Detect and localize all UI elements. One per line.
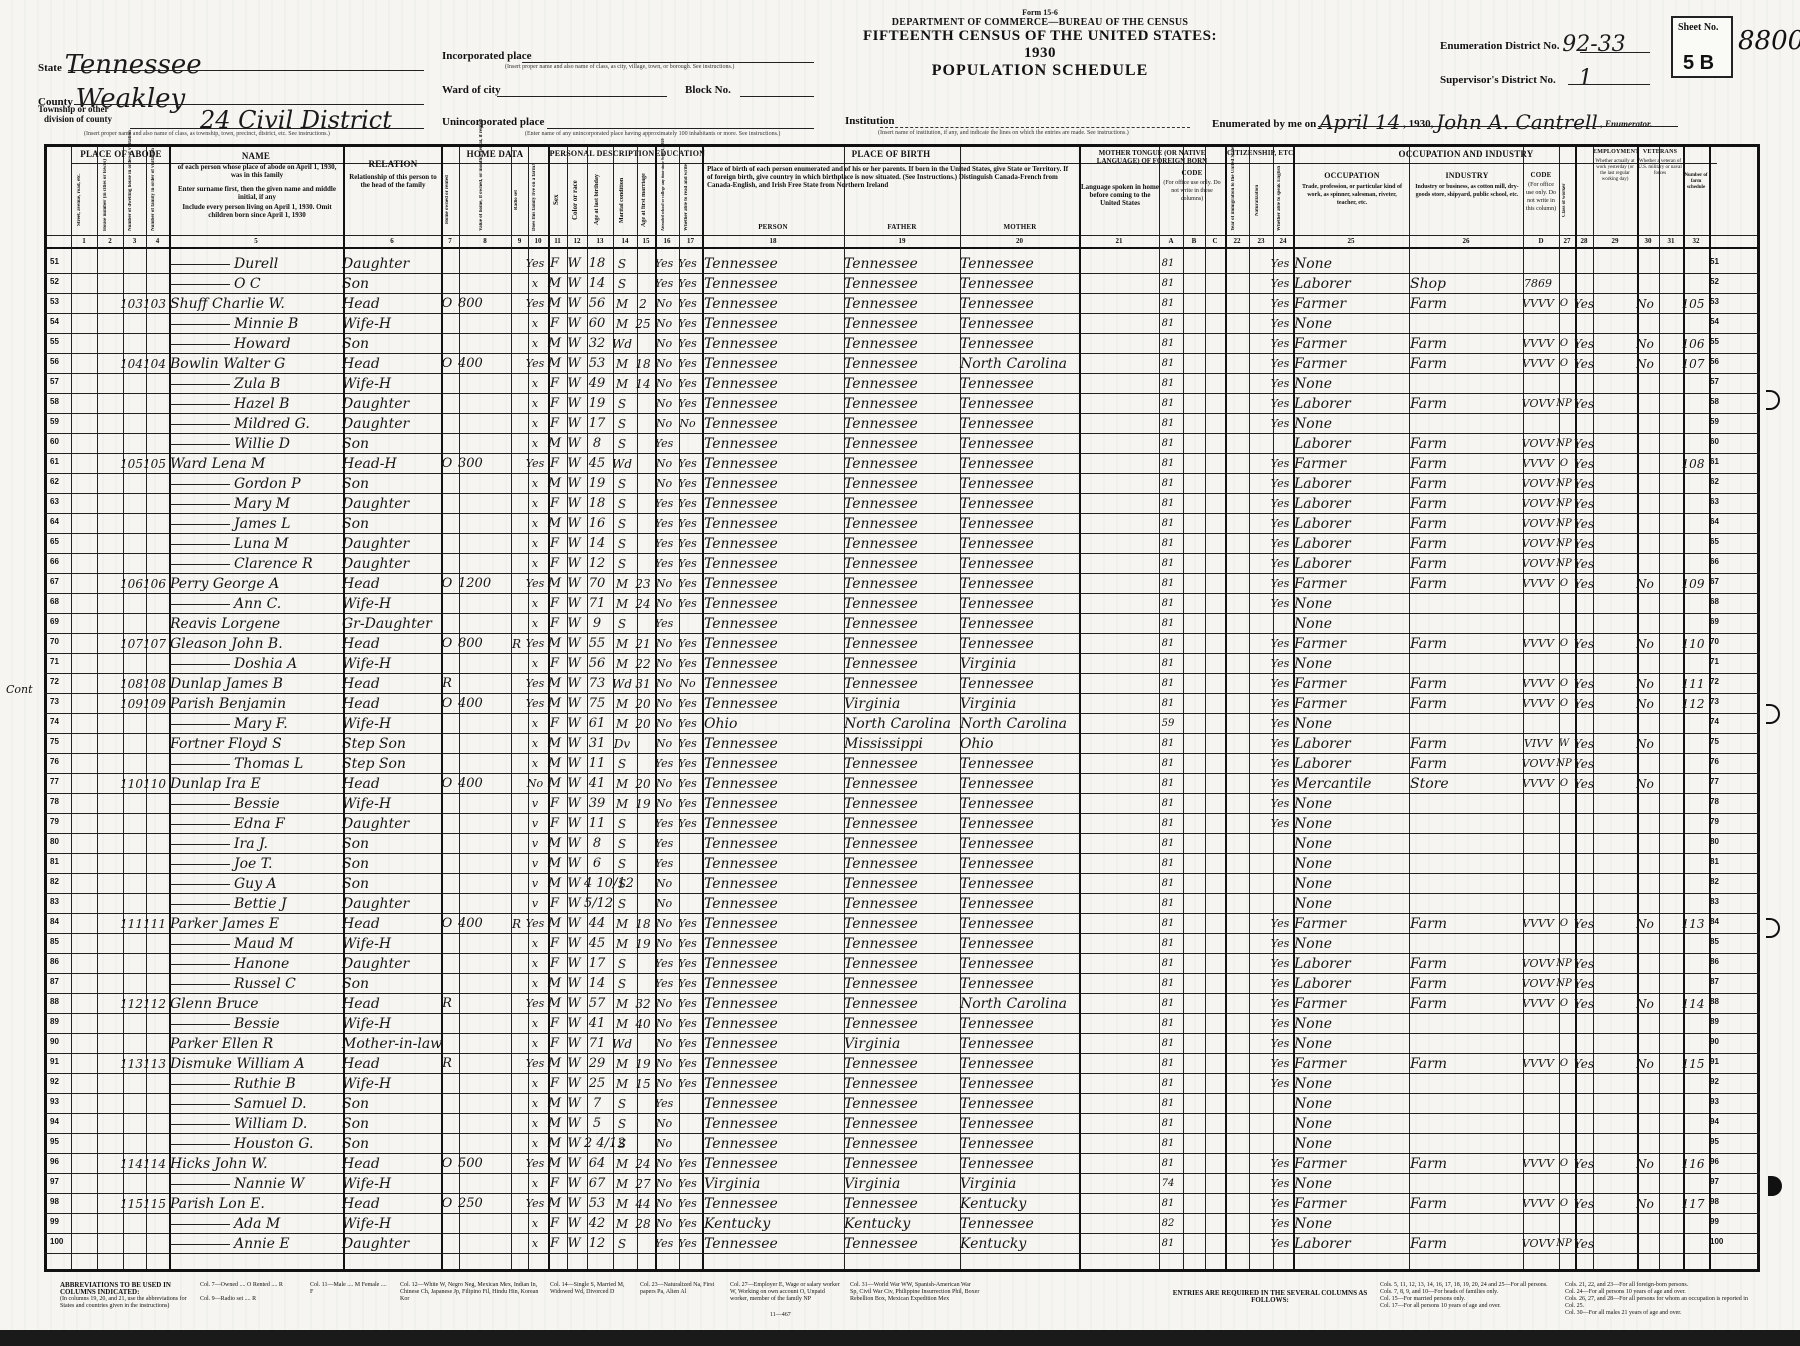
cell-vet (1634, 274, 1656, 294)
cell-dw (120, 1134, 143, 1154)
cell-ind: Farm (1410, 354, 1520, 374)
cell-farm: x (525, 314, 545, 334)
cell-radio (508, 414, 525, 434)
cell-race: W (564, 1194, 584, 1214)
person-name: Mary M (170, 494, 340, 514)
cell-val: 800 (458, 294, 508, 314)
cell-cls: NP (1556, 954, 1572, 974)
cell-rw: Yes (676, 554, 699, 574)
cell-age: 64 (584, 1154, 610, 1174)
given-name: Lena M (212, 456, 266, 472)
surname: Parker (170, 1036, 217, 1052)
cell-val (458, 314, 508, 334)
cell-radio (508, 314, 525, 334)
cell-race: W (564, 974, 584, 994)
cell-sch: Yes (652, 494, 676, 514)
cell-eng: Yes (1270, 1014, 1290, 1034)
cell-fbp: Tennessee (844, 274, 957, 294)
person-name: Howard (170, 334, 340, 354)
cell-own (438, 1014, 456, 1034)
cell-radio: R (508, 634, 525, 654)
cell-rw: Yes (676, 1174, 699, 1194)
cell-sch: No (652, 654, 676, 674)
cell-fam (143, 534, 166, 554)
cell-bp: Tennessee (704, 1034, 841, 1054)
cell-bp: Tennessee (704, 574, 841, 594)
cell-occ: None (1294, 1114, 1406, 1134)
cell-bp: Kentucky (704, 1214, 841, 1234)
cell-fam: 107 (143, 634, 166, 654)
cell-codeD (1520, 894, 1556, 914)
cell-fam (143, 934, 166, 954)
line-number: 66 (50, 557, 59, 566)
given-name: Ruthie B (234, 1076, 296, 1092)
cell-vet (1634, 834, 1656, 854)
cell-rel: Head (342, 774, 438, 794)
cell-dw: 112 (120, 994, 143, 1014)
ditto-dash (170, 284, 230, 285)
cell-emp: Yes (1572, 1194, 1596, 1214)
table-row: 6868Ann C.Wife-HxFW71M24NoYesTennesseeTe… (44, 594, 1760, 614)
cell-codeD (1520, 654, 1556, 674)
cell-bp: Tennessee (704, 1154, 841, 1174)
cell-vet (1634, 1014, 1656, 1034)
cell-codeA: 81 (1156, 994, 1180, 1014)
cell-bp: Tennessee (704, 894, 841, 914)
cell-sex: M (545, 514, 564, 534)
surname: Dunlap (170, 676, 221, 692)
cell-eng: Yes (1270, 374, 1290, 394)
township-field: Township or other division of county (38, 104, 112, 124)
cell-mbp: Tennessee (960, 594, 1076, 614)
cell-eng: Yes (1270, 334, 1290, 354)
person-name: Annie E (170, 1234, 340, 1254)
table-row: 9090Parker Ellen RMother-in-lawxFW71WdNo… (44, 1034, 1760, 1054)
cell-mar: M (610, 354, 634, 374)
cell-fbp: Tennessee (844, 634, 957, 654)
supervisor-district-field: Supervisor's District No. 1 (1440, 64, 1593, 89)
cell-vet (1634, 714, 1656, 734)
cell-val: 800 (458, 634, 508, 654)
cell-eng: Yes (1270, 574, 1290, 594)
cell-fam: 106 (143, 574, 166, 594)
cell-radio (508, 1074, 525, 1094)
cell-sex: M (545, 834, 564, 854)
cell-cls: NP (1556, 494, 1572, 514)
cell-dw (120, 434, 143, 454)
cell-radio (508, 1094, 525, 1114)
cell-emp (1572, 274, 1596, 294)
cell-val (458, 494, 508, 514)
cell-bp: Ohio (704, 714, 841, 734)
cell-mbp: Virginia (960, 654, 1076, 674)
table-row: 9696Hicks John W.114114HeadO500YesMW64M2… (44, 1154, 1760, 1174)
given-name: Nannie W (234, 1176, 304, 1192)
cell-fam: 104 (143, 354, 166, 374)
table-row: 7272Dunlap James B108108HeadRYesMW73Wd31… (44, 674, 1760, 694)
cell-race: W (564, 1214, 584, 1234)
cell-rel: Gr-Daughter (342, 614, 438, 634)
cell-fam (143, 1034, 166, 1054)
cell-mbp: Tennessee (960, 974, 1076, 994)
cell-race: W (564, 514, 584, 534)
cell-cls: NP (1556, 1234, 1572, 1254)
cell-codeA: 81 (1156, 374, 1180, 394)
surname: Shuff (170, 296, 208, 312)
cell-dw (120, 614, 143, 634)
cell-fam (143, 514, 166, 534)
cell-occ: Farmer (1294, 354, 1406, 374)
person-name: Ann C. (170, 594, 340, 614)
cell-sex: M (545, 574, 564, 594)
cell-bp: Tennessee (704, 734, 841, 754)
cell-eng: Yes (1270, 714, 1290, 734)
cell-farm: x (525, 1174, 545, 1194)
cell-mbp: Tennessee (960, 774, 1076, 794)
cell-emp (1572, 1214, 1596, 1234)
line-number-right: 86 (1710, 957, 1719, 966)
cell-race: W (564, 754, 584, 774)
person-name: Willie D (170, 434, 340, 454)
cell-mbp: Tennessee (960, 854, 1076, 874)
person-name: Ward Lena M (170, 454, 340, 474)
cell-ind: Farm (1410, 534, 1520, 554)
cell-rel: Daughter (342, 954, 438, 974)
cell-fbp: Tennessee (844, 814, 957, 834)
cell-fam (143, 954, 166, 974)
person-name: Dunlap James B (170, 674, 340, 694)
cell-ind: Farm (1410, 914, 1520, 934)
cell-sex: M (545, 274, 564, 294)
cell-ind (1410, 1134, 1520, 1154)
cell-farm: x (525, 1094, 545, 1114)
given-name: Bettie J (234, 896, 287, 912)
cell-sch: Yes (652, 274, 676, 294)
cell-race: W (564, 1154, 584, 1174)
given-name: Howard (234, 336, 291, 352)
cell-sex: F (545, 894, 564, 914)
cell-fbp: Tennessee (844, 514, 957, 534)
cell-bp: Virginia (704, 1174, 841, 1194)
cell-race: W (564, 274, 584, 294)
cell-radio (508, 514, 525, 534)
cell-farm: No (525, 774, 545, 794)
person-name: Russel C (170, 974, 340, 994)
cell-mar: S (610, 554, 634, 574)
cell-ind (1410, 594, 1520, 614)
cell-farm: x (525, 274, 545, 294)
given-name: Ellen R (222, 1036, 273, 1052)
cell-radio (508, 954, 525, 974)
cell-emp: Yes (1572, 494, 1596, 514)
cell-ind (1410, 614, 1520, 634)
cell-vet: No (1634, 1194, 1656, 1214)
cell-bp: Tennessee (704, 694, 841, 714)
cell-race: W (564, 394, 584, 414)
cell-farm: v (525, 794, 545, 814)
cell-ind (1410, 654, 1520, 674)
line-number-right: 82 (1710, 877, 1719, 886)
cell-farmsch (1680, 654, 1706, 674)
cell-mar: S (610, 1134, 634, 1154)
cell-codeA: 82 (1156, 1214, 1180, 1234)
table-row: 8383Bettie JDaughtervFW5/12SNoTennesseeT… (44, 894, 1760, 914)
cell-age: 18 (584, 494, 610, 514)
cell-farm: x (525, 934, 545, 954)
line-number: 59 (50, 417, 59, 426)
cell-mar: M (610, 1054, 634, 1074)
cell-age: 18 (584, 254, 610, 274)
cell-mar: M (610, 794, 634, 814)
cell-sex: M (545, 854, 564, 874)
personal-description-header: PERSONAL DESCRIPTION (549, 149, 655, 158)
ditto-dash (170, 1024, 230, 1025)
cell-radio (508, 974, 525, 994)
table-row: 7373Parish Benjamin109109HeadO400YesMW75… (44, 694, 1760, 714)
cell-sch: No (652, 1134, 676, 1154)
cell-sch: No (652, 294, 676, 314)
cell-sex: M (545, 1114, 564, 1134)
cell-farm: x (525, 514, 545, 534)
cell-fbp: Tennessee (844, 554, 957, 574)
person-name: Parish Lon E. (170, 1194, 340, 1214)
cell-codeD (1520, 254, 1556, 274)
cell-bp: Tennessee (704, 874, 841, 894)
line-number-right: 83 (1710, 897, 1719, 906)
cell-rw: Yes (676, 1014, 699, 1034)
table-row: 8888Glenn Bruce112112HeadRYesMW57M32NoYe… (44, 994, 1760, 1014)
cell-own (438, 1074, 456, 1094)
line-number: 52 (50, 277, 59, 286)
cell-occ: Farmer (1294, 1194, 1406, 1214)
cell-codeA: 81 (1156, 1054, 1180, 1074)
cell-vet (1634, 894, 1656, 914)
cell-radio (508, 574, 525, 594)
cell-dw: 110 (120, 774, 143, 794)
cell-bp: Tennessee (704, 814, 841, 834)
cell-age: 14 (584, 974, 610, 994)
cell-sch: Yes (652, 614, 676, 634)
cell-codeA: 81 (1156, 434, 1180, 454)
cell-age: 41 (584, 774, 610, 794)
cell-sch: No (652, 774, 676, 794)
line-number-right: 88 (1710, 997, 1719, 1006)
cell-age: 5/12 (584, 894, 610, 914)
cell-sch: No (652, 894, 676, 914)
cell-mar: M (610, 294, 634, 314)
cell-rel: Head-H (342, 454, 438, 474)
cell-dw (120, 834, 143, 854)
cell-ind: Farm (1410, 1154, 1520, 1174)
cell-age: 5 (584, 1114, 610, 1134)
line-number: 79 (50, 817, 59, 826)
cell-occ: None (1294, 1134, 1406, 1154)
cell-occ: Farmer (1294, 674, 1406, 694)
cell-rw (676, 1114, 699, 1134)
cell-farm: x (525, 614, 545, 634)
cell-race: W (564, 614, 584, 634)
employment-header: EMPLOYMENT (1593, 149, 1637, 155)
cell-fbp: Tennessee (844, 834, 957, 854)
cell-cls (1556, 1094, 1572, 1114)
cell-race: W (564, 254, 584, 274)
cell-radio (508, 434, 525, 454)
cell-codeA: 81 (1156, 1194, 1180, 1214)
cell-occ: None (1294, 1074, 1406, 1094)
cell-own (438, 414, 456, 434)
cell-farm: Yes (525, 674, 545, 694)
cell-agem: 27 (634, 1174, 652, 1194)
cell-val: 300 (458, 454, 508, 474)
state-value: Tennessee (65, 50, 202, 80)
cell-fam (143, 434, 166, 454)
line-number: 55 (50, 337, 59, 346)
cell-mbp: Tennessee (960, 314, 1076, 334)
cell-farm: x (525, 374, 545, 394)
cell-val (458, 1034, 508, 1054)
cell-codeD: VOVV (1520, 554, 1556, 574)
cell-val: 500 (458, 1154, 508, 1174)
line-number: 82 (50, 877, 59, 886)
cell-ind (1410, 254, 1520, 274)
cell-rel: Son (342, 514, 438, 534)
cell-cls: NP (1556, 434, 1572, 454)
cell-fbp: Tennessee (844, 614, 957, 634)
cell-codeA: 81 (1156, 754, 1180, 774)
cell-emp: Yes (1572, 294, 1596, 314)
cell-radio (508, 754, 525, 774)
line-number-right: 80 (1710, 837, 1719, 846)
line-number: 54 (50, 317, 59, 326)
cell-dw (120, 534, 143, 554)
surname: Parker (170, 916, 217, 932)
cell-rw: Yes (676, 774, 699, 794)
cell-mar: M (610, 994, 634, 1014)
cell-dw (120, 894, 143, 914)
cell-ind: Farm (1410, 394, 1520, 414)
cell-emp: Yes (1572, 354, 1596, 374)
cell-codeD: VVVV (1520, 1054, 1556, 1074)
cell-farm: v (525, 834, 545, 854)
table-row: 9494William D.SonxMW5SNoTennesseeTenness… (44, 1114, 1760, 1134)
ditto-dash (170, 444, 230, 445)
ditto-dash (170, 844, 230, 845)
given-name: William D. (234, 1116, 307, 1132)
cell-cls: O (1556, 694, 1572, 714)
cell-fbp: Tennessee (844, 254, 957, 274)
cell-own (438, 934, 456, 954)
cell-age: 9 (584, 614, 610, 634)
given-name: Guy A (234, 876, 277, 892)
cell-fbp: Virginia (844, 1034, 957, 1054)
cell-val (458, 374, 508, 394)
cell-codeA: 81 (1156, 1014, 1180, 1034)
cell-bp: Tennessee (704, 1194, 841, 1214)
cell-farm: x (525, 474, 545, 494)
cell-mbp: Virginia (960, 694, 1076, 714)
cell-cls (1556, 1074, 1572, 1094)
cell-bp: Tennessee (704, 294, 841, 314)
cell-mar: M (610, 934, 634, 954)
cell-mar: M (610, 1194, 634, 1214)
cell-ind: Farm (1410, 554, 1520, 574)
cell-fam (143, 494, 166, 514)
cell-farm: x (525, 334, 545, 354)
cell-mar: Dv (610, 734, 634, 754)
cell-farmsch (1680, 534, 1706, 554)
cell-fbp: Tennessee (844, 594, 957, 614)
cell-bp: Tennessee (704, 614, 841, 634)
cell-age: 57 (584, 994, 610, 1014)
cell-rel: Wife-H (342, 314, 438, 334)
cell-emp (1572, 854, 1596, 874)
form-footer: ABBREVIATIONS TO BE USED IN COLUMNS INDI… (60, 1282, 1760, 1322)
line-number: 72 (50, 677, 59, 686)
cell-radio (508, 854, 525, 874)
cell-occ: Laborer (1294, 274, 1406, 294)
cell-own (438, 614, 456, 634)
cell-codeA: 81 (1156, 1134, 1180, 1154)
cell-occ: None (1294, 854, 1406, 874)
given-name: Clarence R (234, 556, 313, 572)
cell-mbp: Tennessee (960, 534, 1076, 554)
cell-fam (143, 1214, 166, 1234)
cell-sch: No (652, 934, 676, 954)
ditto-dash (170, 664, 230, 665)
cell-radio (508, 1234, 525, 1254)
cell-rw: Yes (676, 934, 699, 954)
cell-fam (143, 314, 166, 334)
cell-emp (1572, 1114, 1596, 1134)
cell-farmsch (1680, 874, 1706, 894)
cell-farm: Yes (525, 294, 545, 314)
cell-radio (508, 1114, 525, 1134)
cell-fbp: Tennessee (844, 754, 957, 774)
cell-cls (1556, 874, 1572, 894)
cell-mbp: Tennessee (960, 814, 1076, 834)
cell-rw: Yes (676, 954, 699, 974)
cell-agem: 20 (634, 714, 652, 734)
cell-race: W (564, 634, 584, 654)
cell-mar: S (610, 494, 634, 514)
person-name: Zula B (170, 374, 340, 394)
ditto-dash (170, 544, 230, 545)
cell-age: 67 (584, 1174, 610, 1194)
line-number: 81 (50, 857, 59, 866)
cell-eng (1270, 1114, 1290, 1134)
cell-eng: Yes (1270, 274, 1290, 294)
person-name: Guy A (170, 874, 340, 894)
cell-vet: No (1634, 1054, 1656, 1074)
cell-codeA: 81 (1156, 654, 1180, 674)
cell-agem (634, 454, 652, 474)
cell-mar: S (610, 874, 634, 894)
line-number: 60 (50, 437, 59, 446)
cell-eng: Yes (1270, 934, 1290, 954)
cell-sex: M (545, 1094, 564, 1114)
cell-radio (508, 814, 525, 834)
cell-cls (1556, 894, 1572, 914)
cell-occ: Farmer (1294, 574, 1406, 594)
surname: Fortner (170, 736, 224, 752)
cell-dw (120, 814, 143, 834)
given-name: Ada M (234, 1216, 280, 1232)
table-row: 9797Nannie WWife-HxFW67M27NoYesVirginiaV… (44, 1174, 1760, 1194)
cell-fbp: Tennessee (844, 934, 957, 954)
cell-rel: Head (342, 634, 438, 654)
cell-own: O (438, 634, 456, 654)
cell-farm: Yes (525, 354, 545, 374)
